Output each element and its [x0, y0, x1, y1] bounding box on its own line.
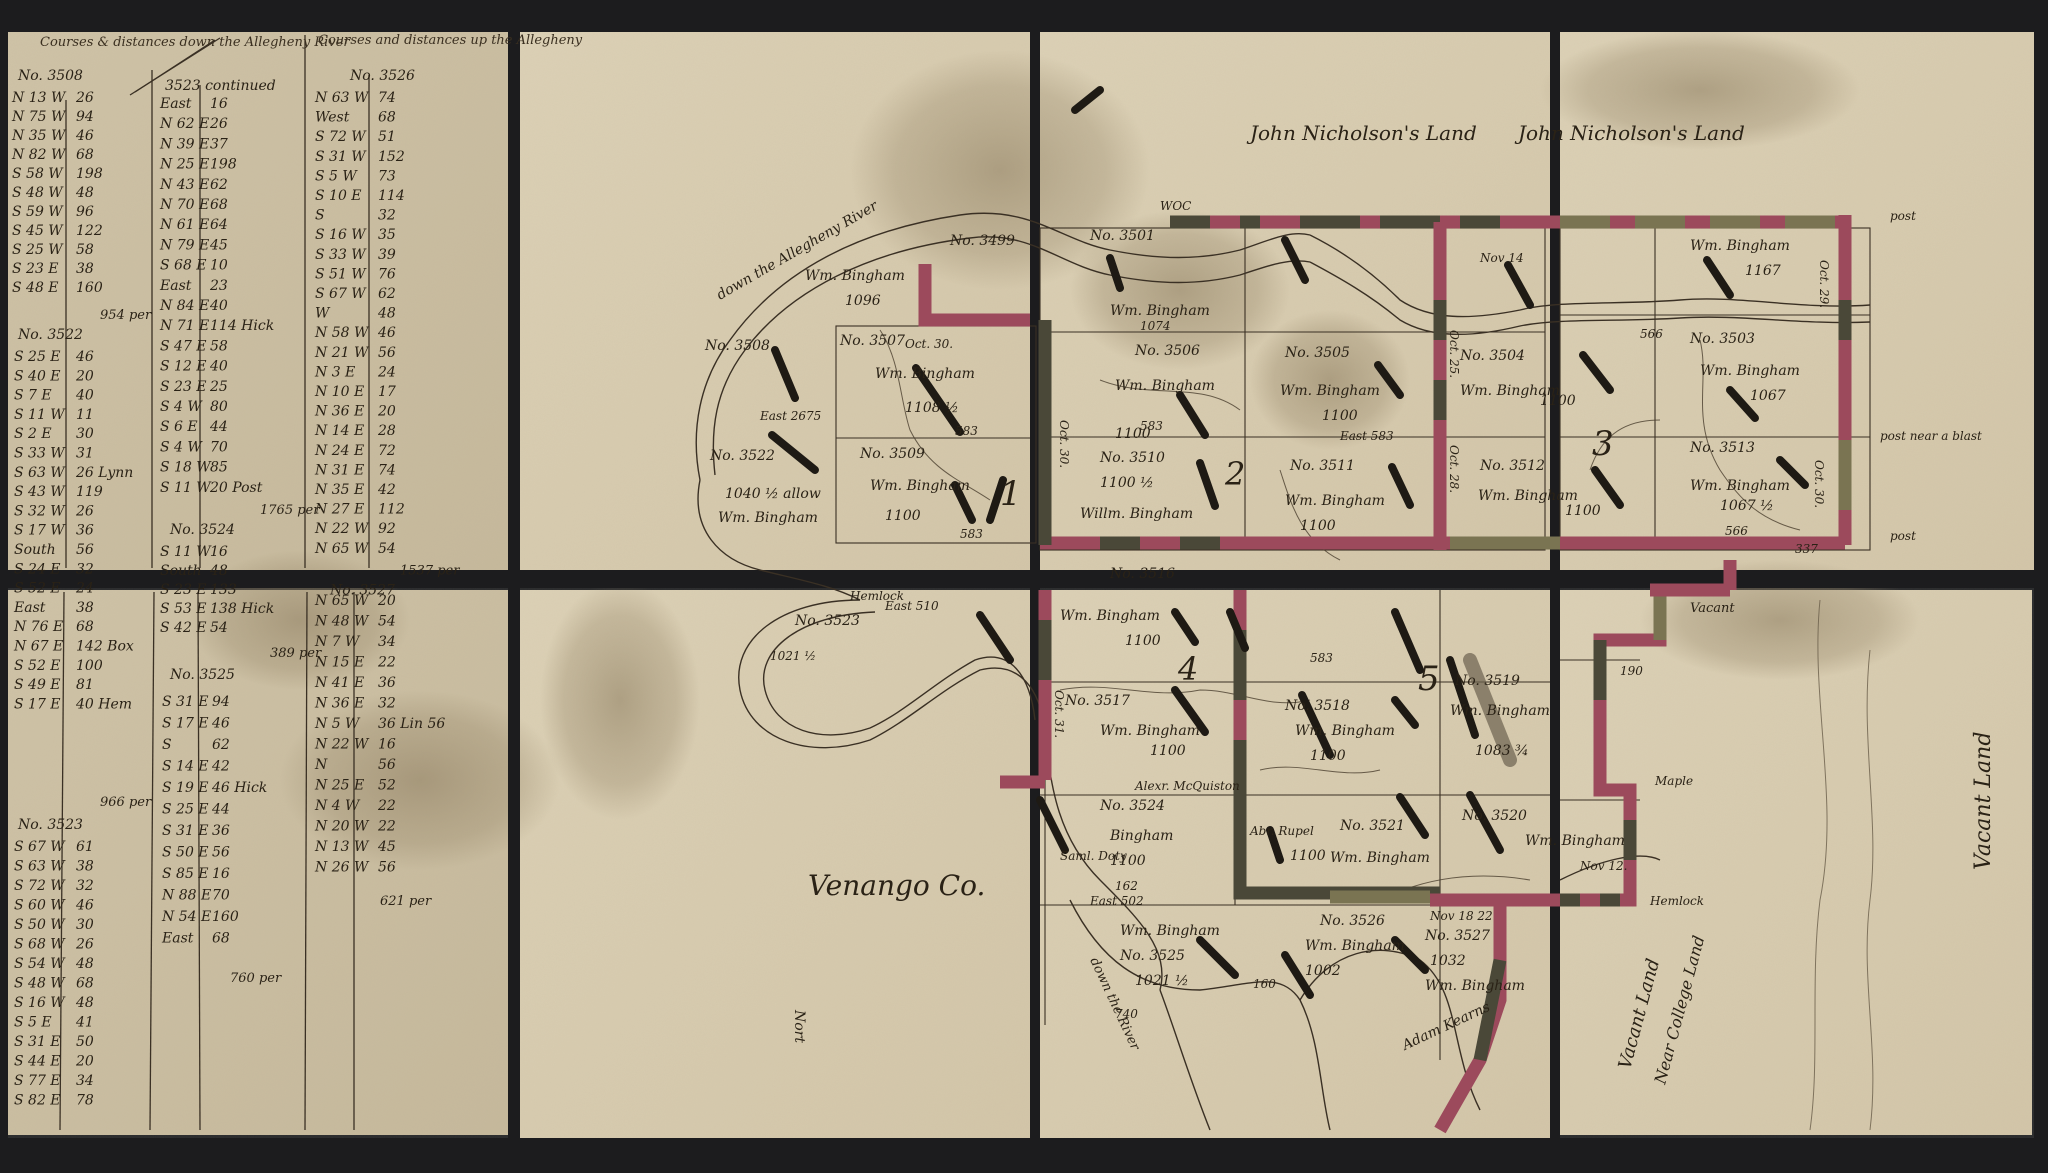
course-bearing: S 17 W [14, 523, 66, 539]
date-label: Oct. 31. [1052, 690, 1066, 738]
label-vacant-land-bottom: Vacant Land [1615, 956, 1665, 1071]
tract-owner: Wm. Bingham [1110, 303, 1210, 319]
course-distance: 40 [75, 388, 94, 404]
course-distance: 48 [75, 995, 94, 1011]
course-distance: 31 [76, 446, 94, 462]
course-bearing: S 4 W [160, 439, 203, 455]
course-distance: 94 [212, 694, 230, 710]
tract-acres: 1100 [1300, 518, 1336, 534]
course-bearing: S 48 W [14, 976, 66, 992]
course-bearing: South [160, 563, 202, 579]
course-distance: 20 [377, 404, 396, 420]
tract-no: No. 3510 [1099, 450, 1165, 466]
tract-no: No. 3524 [1099, 798, 1165, 814]
course-bearing: N 5 W [314, 716, 361, 732]
tract-no: No. 3521 [1339, 818, 1405, 834]
course-bearing: N 61 E [159, 217, 209, 233]
course-bearing: S 25 W [12, 242, 64, 258]
course-distance: 114 [378, 188, 405, 204]
course-bearing: N 70 E [159, 197, 209, 213]
label-vacant-land-right: Vacant Land [1971, 732, 1996, 870]
tract-acres: 1021 ½ [770, 649, 816, 663]
course-bearing: East [161, 931, 194, 947]
course-distance: 23 [209, 278, 228, 294]
course-distance: 40 [209, 359, 228, 375]
course-bearing: S 49 E [14, 677, 61, 693]
course-bearing: S 67 W [315, 286, 367, 302]
course-bearing: S 51 W [315, 266, 367, 282]
course-bearing: N 82 W [11, 147, 67, 163]
date-label: Nov 14 [1479, 251, 1524, 265]
course-bearing: N 22 W [314, 521, 370, 537]
survey-label: Alexr. McQuiston [1134, 779, 1240, 793]
tract-owner: Wm. Bingham [1450, 703, 1550, 719]
course-bearing: S 16 W [14, 995, 66, 1011]
survey-label: Maple [1654, 774, 1693, 788]
course-bearing: S 42 E [160, 620, 207, 636]
course-bearing: S 59 W [12, 204, 64, 220]
course-bearing: N 48 W [314, 614, 370, 630]
course-bearing: S 25 E [14, 349, 61, 365]
survey-label: post near a blast [1880, 429, 1982, 443]
course-distance: 46 Hick [211, 780, 267, 796]
course-distance: 16 [212, 866, 230, 882]
tract-acres: 1067 [1750, 388, 1786, 404]
tract-owner: Wm. Bingham [1525, 833, 1625, 849]
course-distance: 22 [377, 798, 396, 814]
course-distance: 152 [378, 149, 405, 165]
course-bearing: S 17 E [14, 696, 61, 712]
survey-label: 583 [1140, 419, 1163, 433]
course-distance: 36 [76, 523, 94, 539]
course-bearing: S 31 E [162, 823, 209, 839]
course-distance: 56 [378, 345, 396, 361]
tract-no: No. 3509 [859, 446, 925, 462]
course-distance: 85 [210, 460, 228, 476]
tract-acres: 1021 ½ [1135, 973, 1189, 989]
district-number-2: 2 [1224, 455, 1245, 493]
course-bearing: S 11 W [160, 480, 212, 496]
course-distance: 61 [76, 839, 94, 855]
course-bearing: N 67 E [13, 639, 63, 655]
course-bearing: N 31 E [314, 462, 364, 478]
tract-acres: 1108 ½ [905, 400, 959, 416]
label-nort: Nort [791, 1009, 807, 1043]
course-distance: 96 [76, 204, 94, 220]
course-bearing: N 10 E [314, 384, 364, 400]
course-bearing: N 79 E [159, 237, 209, 253]
course-distance: 20 Post [209, 480, 263, 496]
course-distance: 38 [76, 859, 94, 875]
course-bearing: S 5 E [14, 1015, 52, 1031]
course-distance: 114 Hick [210, 318, 274, 334]
course-bearing: S 77 E [14, 1073, 61, 1089]
tract-acres: 1074 [1140, 319, 1171, 333]
survey-label: 583 [1310, 651, 1333, 665]
course-bearing: S 63 W [14, 465, 66, 481]
survey-label: East 583 [1339, 429, 1394, 443]
survey-label: 160 [1253, 977, 1276, 991]
label-near-college-land: Near College Land [1650, 933, 1708, 1087]
course-bearing: N 13 W [11, 90, 67, 106]
label-vacant-top: Vacant [1690, 601, 1735, 616]
course-total: 1537 per [400, 563, 460, 578]
label-adam-kearns: Adam Kearns [1398, 999, 1492, 1054]
course-bearing: S 63 W [14, 859, 66, 875]
tract-acres: 1100 [1565, 503, 1601, 519]
course-distance: 80 [210, 399, 228, 415]
tract-owner: Wm. Bingham [1115, 378, 1215, 394]
course-bearing: S 72 W [14, 878, 66, 894]
course-total: 1765 per [260, 503, 320, 518]
course-bearing: East [13, 600, 46, 616]
course-distance: 38 [76, 261, 94, 277]
tract-acres: 1002 [1305, 963, 1341, 979]
course-bearing: S 16 W [315, 227, 367, 243]
course-distance: 40 Hem [75, 696, 132, 712]
course-distance: 62 [212, 737, 230, 753]
course-distance: 28 [377, 423, 396, 439]
course-bearing: S 54 W [14, 956, 66, 972]
district-number-3: 3 [1592, 424, 1614, 464]
course-bearing: N 41 E [314, 675, 364, 691]
tract-no: No. 3525 [1119, 948, 1185, 964]
tract-owner: Wm. Bingham [1425, 978, 1525, 994]
course-bearing: S 11 W [160, 544, 212, 560]
course-distance: 142 Box [76, 639, 134, 655]
tract-owner: Wm. Bingham [1100, 723, 1200, 739]
warrant-number: No. 3525 [169, 667, 235, 683]
course-bearing: S 53 E [160, 601, 207, 617]
course-distance: 48 [209, 563, 228, 579]
tract-no: No. 3505 [1284, 345, 1350, 361]
course-distance: 160 [212, 909, 239, 925]
course-distance: 20 [377, 593, 396, 609]
course-bearing: S 47 E [160, 338, 207, 354]
course-distance: 54 [378, 541, 396, 557]
course-bearing: S 60 W [14, 898, 66, 914]
course-bearing: S [315, 208, 325, 224]
tract-no: No. 3518 [1284, 698, 1350, 714]
course-distance: 46 [75, 128, 94, 144]
tract-no: No. 3522 [709, 448, 775, 464]
tract-acres: 1096 [845, 293, 881, 309]
label-john-nicholson-2: John Nicholson's Land [1514, 121, 1745, 145]
course-bearing: S 68 E [160, 258, 207, 274]
course-distance: 36 [378, 675, 396, 691]
tract-acres: 1032 [1430, 953, 1466, 969]
district-number-4: 4 [1177, 650, 1198, 688]
course-distance: 198 [76, 166, 103, 182]
course-bearing: S 68 W [14, 937, 66, 953]
tract-owner: Bingham [1109, 828, 1173, 844]
course-bearing: S 31 E [14, 1034, 61, 1050]
course-bearing: W [315, 306, 331, 322]
tract-no: No. 3527 [1424, 928, 1490, 944]
course-distance: 42 [377, 482, 396, 498]
course-bearing: N 65 W [314, 541, 370, 557]
course-bearing: N 54 E [161, 909, 211, 925]
tract-owner: Wm. Bingham [1295, 723, 1395, 739]
label-down-the-river: down the River [1086, 955, 1142, 1053]
tract-no: No. 3506 [1134, 343, 1200, 359]
tract-acres: 1100 ½ [1100, 475, 1154, 491]
course-distance: 48 [75, 956, 94, 972]
tract-no: No. 3519 [1454, 673, 1520, 689]
course-bearing: N 14 E [314, 423, 364, 439]
course-bearing: S 40 E [14, 368, 61, 384]
course-distance: 34 [76, 1073, 94, 1089]
course-distance: 36 [212, 823, 230, 839]
course-bearing: S 31 W [315, 149, 367, 165]
course-distance: 24 [75, 581, 94, 597]
course-distance: 39 [378, 247, 396, 263]
course-distance: 56 [378, 860, 396, 876]
course-distance: 56 [76, 542, 94, 558]
tract-owner: Wm. Bingham [1690, 478, 1790, 494]
notes-column-2: 3523 continued [165, 78, 276, 94]
course-distance: 16 [210, 544, 228, 560]
course-bearing: S 58 W [12, 166, 64, 182]
course-distance: 160 [76, 280, 103, 296]
tract-owner: Wm. Bingham [718, 510, 818, 526]
tract-no: No. 3526 [1319, 913, 1385, 929]
survey-label: 583 [960, 527, 983, 541]
course-bearing: S 33 W [14, 446, 66, 462]
date-label: Oct. 28. [1447, 445, 1461, 493]
course-bearing: S 32 W [14, 503, 66, 519]
notes-heading-3: Courses and distances up the Allegheny [318, 33, 583, 48]
course-bearing: S 24 E [14, 561, 61, 577]
course-distance: 74 [378, 462, 396, 478]
tract-acres: 1167 [1745, 263, 1781, 279]
course-bearing: S 7 E [14, 388, 52, 404]
survey-label: East 502 [1089, 894, 1144, 908]
course-distance: 72 [378, 443, 396, 459]
course-bearing: East [159, 96, 192, 112]
course-bearing: S 23 E [160, 379, 207, 395]
course-distance: 138 Hick [210, 601, 274, 617]
course-bearing: S 4 W [160, 399, 203, 415]
notes-column-2-rows: East16N 62 E26N 39 E37N 25 E198N 43 E62N… [159, 96, 322, 986]
tract-no: No. 3511 [1289, 458, 1355, 474]
course-distance: 10 [210, 258, 228, 274]
course-distance: 20 [75, 1054, 94, 1070]
course-distance: 68 [76, 619, 94, 635]
course-distance: 32 [378, 208, 396, 224]
notes-column-3: Courses and distances up the Allegheny N… [318, 33, 583, 84]
course-bearing: N 3 E [314, 364, 355, 380]
course-distance: 94 [76, 109, 94, 125]
survey-label: 337 [1795, 542, 1818, 556]
course-bearing: S 82 E [14, 1093, 61, 1109]
tract-owner: Willm. Bingham [1080, 506, 1193, 522]
course-distance: 54 [210, 620, 228, 636]
tract-owner: Wm. Bingham [1330, 850, 1430, 866]
course-distance: 26 Lynn [75, 465, 133, 481]
course-bearing: N 13 W [314, 839, 370, 855]
course-bearing: S 14 E [162, 759, 209, 775]
course-bearing: S 17 E [162, 716, 209, 732]
tract-owner: Wm. Bingham [1690, 238, 1790, 254]
course-distance: 68 [210, 197, 228, 213]
course-distance: 46 [377, 325, 396, 341]
course-distance: 122 [76, 223, 103, 239]
course-distance: 112 [378, 502, 405, 518]
tract-owner: Wm. Bingham [805, 268, 905, 284]
tract-owner: Wm. Bingham [1478, 488, 1578, 504]
course-distance: 42 [211, 759, 230, 775]
course-distance: 62 [210, 177, 228, 193]
tract-no: No. 3504 [1459, 348, 1525, 364]
survey-label: 190 [1620, 664, 1643, 678]
tract-no: No. 3501 [1089, 228, 1155, 244]
tract-no: No. 3512 [1479, 458, 1545, 474]
course-distance: 78 [76, 1093, 94, 1109]
course-distance: 11 [76, 407, 94, 423]
course-distance: 40 [209, 298, 228, 314]
tract-owner: Wm. Bingham [1700, 363, 1800, 379]
course-bearing: N [314, 757, 328, 773]
course-distance: 25 [209, 379, 228, 395]
course-distance: 119 [76, 484, 103, 500]
course-bearing: N 15 E [314, 655, 364, 671]
course-total: 954 per [100, 308, 152, 323]
tract-acres: 1100 [1150, 743, 1186, 759]
course-distance: 30 [76, 917, 94, 933]
course-distance: 74 [378, 90, 396, 106]
tract-no: No. 3517 [1064, 693, 1130, 709]
course-bearing: N 88 E [161, 888, 211, 904]
survey-label: Hemlock [1649, 894, 1704, 908]
course-distance: 56 [378, 757, 396, 773]
tract-acres: 1100 [1310, 748, 1346, 764]
course-distance: 46 [211, 716, 230, 732]
course-bearing: N 76 E [13, 619, 63, 635]
course-bearing: N 22 W [314, 737, 370, 753]
course-bearing: N 25 E [159, 157, 209, 173]
tract-no: No. 3508 [704, 338, 770, 354]
course-distance: 48 [75, 185, 94, 201]
course-bearing: S 43 W [14, 484, 66, 500]
course-distance: 70 [212, 888, 230, 904]
course-distance: 32 [378, 696, 396, 712]
course-distance: 100 [76, 658, 103, 674]
course-distance: 62 [378, 286, 396, 302]
course-bearing: S 5 W [315, 168, 358, 184]
course-distance: 37 [210, 136, 228, 152]
course-total: 966 per [100, 795, 152, 810]
course-bearing: N 62 E [159, 116, 209, 132]
course-distance: 16 [378, 737, 396, 753]
tract-acres: 1100 [1290, 848, 1326, 864]
course-distance: 64 [210, 217, 228, 233]
tract-acres: 1067 ½ [1720, 498, 1774, 514]
course-bearing: S 11 W [14, 407, 66, 423]
course-distance: 24 [377, 364, 396, 380]
course-distance: 30 [76, 426, 94, 442]
tract-acres: 1083 ¾ [1475, 743, 1529, 759]
course-distance: 58 [210, 338, 228, 354]
course-bearing: S 2 E [14, 426, 52, 442]
date-label: Oct. 30. [905, 337, 953, 351]
survey-label: post [1890, 209, 1916, 223]
tract-acres: 1100 [1322, 408, 1358, 424]
survey-label: 740 [1115, 1007, 1138, 1021]
course-bearing: N 84 E [159, 298, 209, 314]
tract-no: No. 3523 [794, 613, 860, 629]
course-bearing: S 67 W [14, 839, 66, 855]
course-distance: 45 [377, 839, 396, 855]
course-bearing: S 50 W [14, 917, 66, 933]
course-distance: 20 [75, 368, 94, 384]
course-bearing: N 27 E [314, 502, 364, 518]
tract-acres: 1100 [1125, 633, 1161, 649]
course-bearing: N 35 E [314, 482, 364, 498]
course-distance: 68 [76, 976, 94, 992]
course-distance: 70 [210, 439, 228, 455]
notes-heading-1: Courses & distances down the Allegheny R… [40, 35, 350, 50]
course-bearing: S 12 E [160, 359, 207, 375]
course-distance: 26 [209, 116, 228, 132]
course-distance: 58 [76, 242, 94, 258]
tract-owner: Wm. Bingham [1120, 923, 1220, 939]
course-bearing: N 36 E [314, 696, 364, 712]
course-bearing: N 43 E [159, 177, 209, 193]
notes-start-1: No. 3508 [17, 68, 83, 84]
course-bearing: S 25 E [162, 802, 209, 818]
course-bearing: S [162, 737, 172, 753]
course-distance: 35 [378, 227, 396, 243]
course-bearing: S 52 E [14, 581, 61, 597]
course-bearing: S 85 E [162, 866, 209, 882]
notes-start-3: No. 3526 [349, 68, 415, 84]
district-number-1: 1 [1000, 474, 1022, 514]
course-bearing: N 20 W [314, 819, 370, 835]
course-distance: 198 [210, 157, 237, 173]
tract-owner: Wm. Bingham [875, 366, 975, 382]
survey-label: East 2675 [759, 409, 821, 423]
tract-acres: 1100 [885, 508, 921, 524]
tract-acres: 1040 ½ allow [725, 486, 821, 502]
course-bearing: S 6 E [160, 419, 198, 435]
course-distance: 44 [211, 802, 230, 818]
tract-owner: Wm. Bingham [1060, 608, 1160, 624]
course-bearing: N 36 E [314, 404, 364, 420]
course-bearing: S 48 W [12, 185, 64, 201]
tract-owner: Wm. Bingham [1285, 493, 1385, 509]
course-bearing: N 63 W [314, 90, 370, 106]
notes-column-1-rows: N 13 W26N 75 W94N 35 W46N 82 W68S 58 W19… [11, 90, 152, 1109]
date-label: Oct. 29. [1817, 260, 1831, 308]
tract-no: No. 3499 [949, 233, 1015, 249]
warrant-number: No. 3523 [17, 817, 83, 833]
course-distance: 45 [209, 237, 228, 253]
course-bearing: S 45 W [12, 223, 64, 239]
course-bearing: N 35 W [11, 128, 67, 144]
course-distance: 38 [76, 600, 94, 616]
course-bearing: N 21 W [314, 345, 370, 361]
course-bearing: S 52 E [14, 658, 61, 674]
course-bearing: S 18 W [160, 460, 212, 476]
date-label: Oct. 25. [1447, 330, 1461, 378]
course-distance: 44 [209, 419, 228, 435]
tract-no: No. 3503 [1689, 331, 1755, 347]
course-bearing: S 44 E [14, 1054, 61, 1070]
course-distance: 46 [75, 898, 94, 914]
tract-acres: 1100 [1540, 393, 1576, 409]
survey-label: 162 [1115, 879, 1138, 893]
